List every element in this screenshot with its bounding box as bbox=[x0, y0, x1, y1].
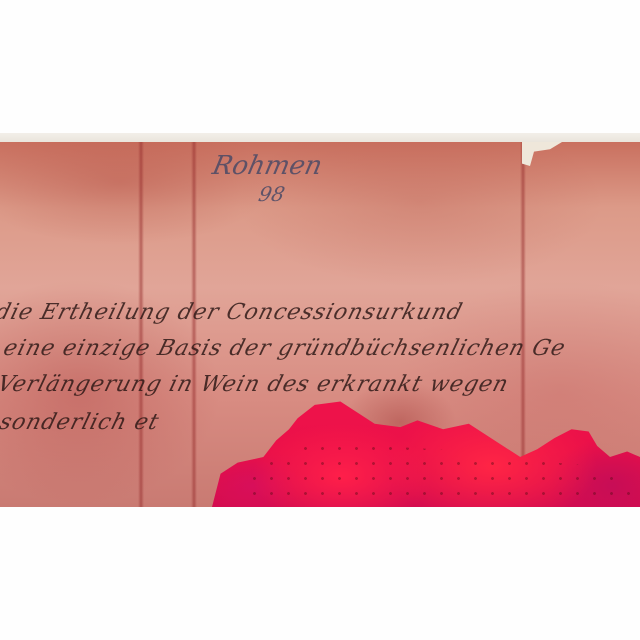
paper-fold-line bbox=[520, 142, 526, 507]
handwritten-line: sonderlich et bbox=[0, 410, 162, 435]
pencil-annotation-number: 98 bbox=[256, 180, 319, 208]
handwritten-line: die Ertheilung der Concessionsurkund bbox=[0, 300, 466, 325]
pencil-annotation-word: Rohmen bbox=[210, 151, 325, 181]
document-photo: Rohmen 98 die Ertheilung der Concessions… bbox=[0, 0, 640, 640]
pencil-annotation: Rohmen 98 bbox=[204, 152, 325, 208]
handwritten-line: eine einzige Basis der gründbüchsenliche… bbox=[1, 336, 569, 361]
white-background bbox=[0, 507, 640, 640]
handwritten-line: Verlängerung in Wein des erkrankt wegen bbox=[0, 372, 512, 397]
